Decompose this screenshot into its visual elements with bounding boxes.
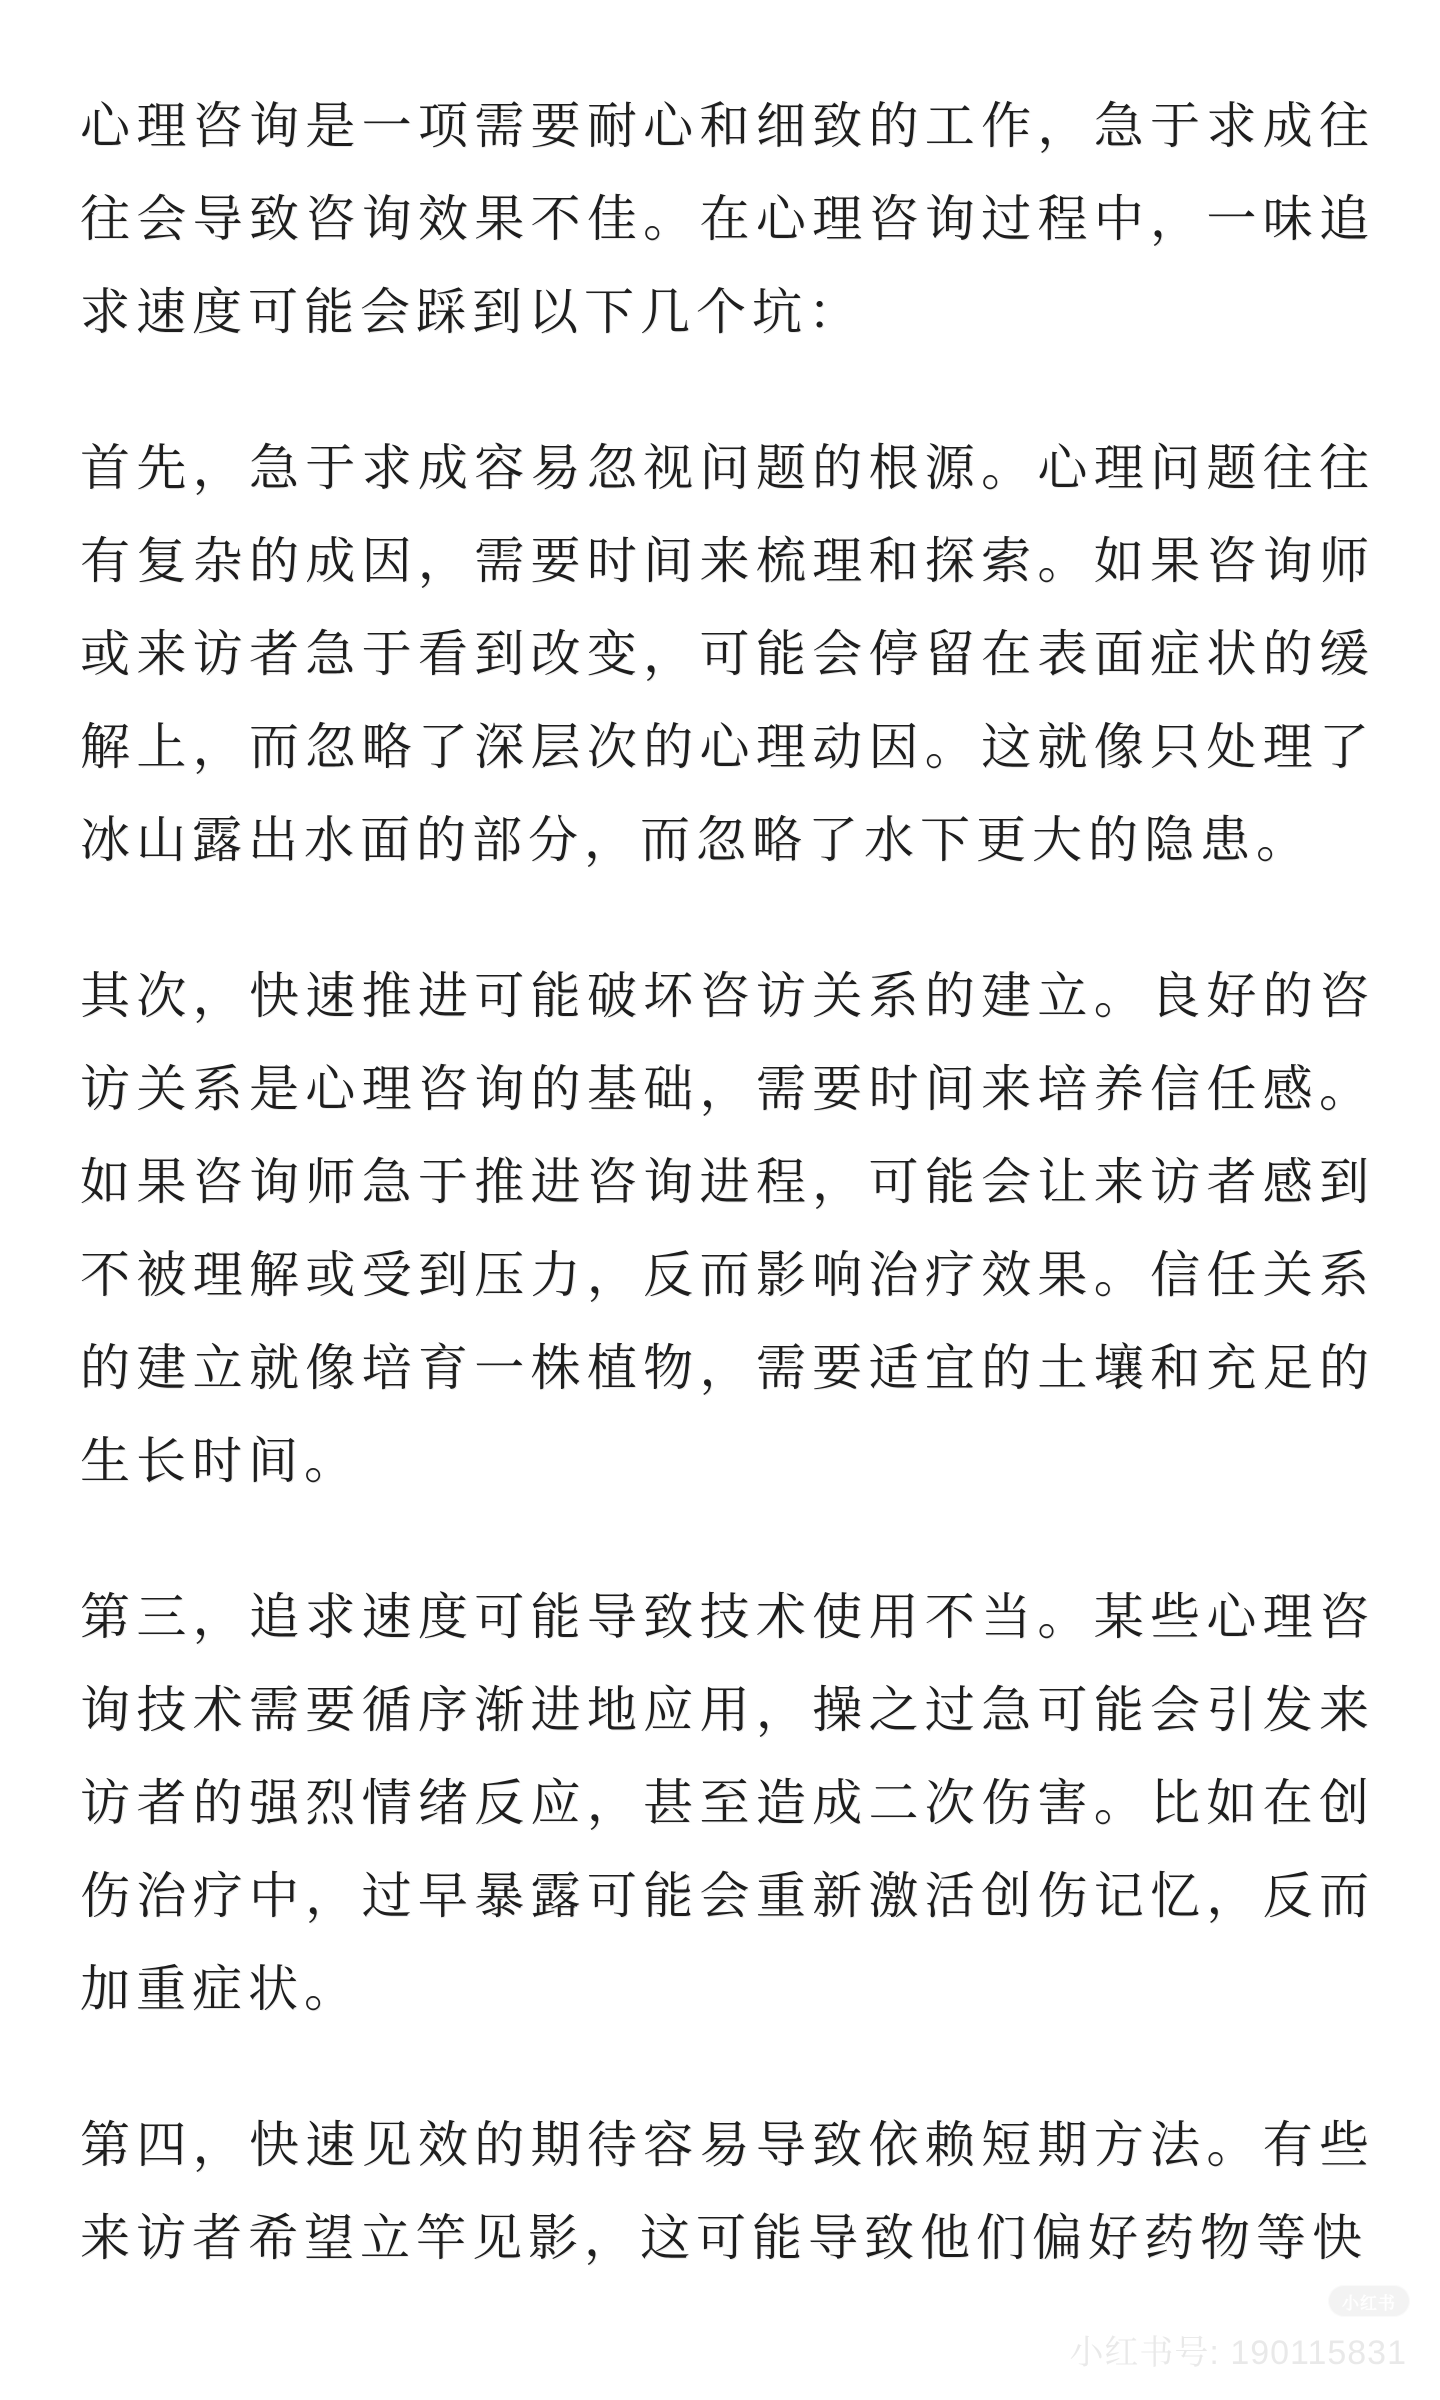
- paragraph-first-point: 首先，急于求成容易忽视问题的根源。心理问题往往有复杂的成因，需要时间来梳理和探索…: [80, 422, 1375, 887]
- paragraph-third-point: 第三，追求速度可能导致技术使用不当。某些心理咨询技术需要循序渐进地应用，操之过急…: [80, 1571, 1375, 2036]
- article-body: 心理咨询是一项需要耐心和细致的工作，急于求成往往会导致咨询效果不佳。在心理咨询过…: [80, 80, 1375, 2285]
- paragraph-fourth-point: 第四，快速见效的期待容易导致依赖短期方法。有些来访者希望立竿见影，这可能导致他们…: [80, 2099, 1375, 2285]
- paragraph-intro: 心理咨询是一项需要耐心和细致的工作，急于求成往往会导致咨询效果不佳。在心理咨询过…: [80, 80, 1375, 359]
- xiaohongshu-logo-label: 小红书: [1342, 2289, 1396, 2314]
- post-screenshot: { "document": { "paragraphs": [ { "text"…: [0, 0, 1440, 2400]
- xiaohongshu-id-watermark: 小红书号: 190115831: [987, 2334, 1407, 2372]
- xiaohongshu-logo-badge: 小红书: [1328, 2285, 1410, 2317]
- paragraph-second-point: 其次，快速推进可能破坏咨访关系的建立。良好的咨访关系是心理咨询的基础，需要时间来…: [80, 950, 1375, 1508]
